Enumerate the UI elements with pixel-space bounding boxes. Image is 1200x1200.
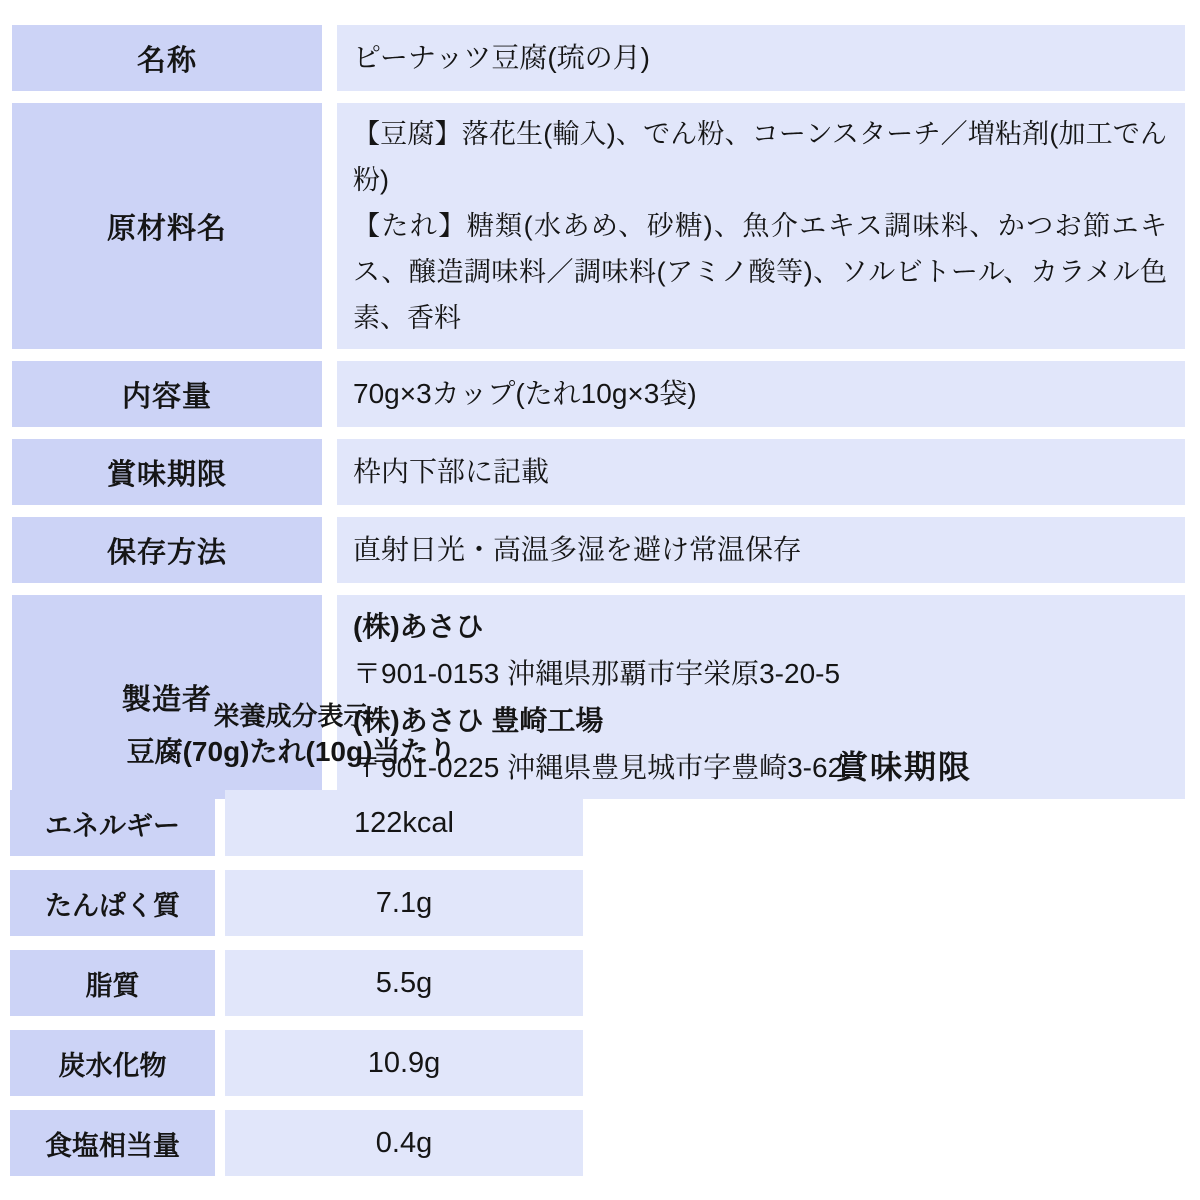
spec-label-storage: 保存方法: [12, 517, 322, 583]
spec-row-name: 名称 ピーナッツ豆腐(琉の月): [12, 25, 1185, 91]
manufacturer-address-1: 〒901-0153 沖縄県那覇市宇栄原3-20-5: [353, 650, 1167, 697]
spec-value-storage: 直射日光・高温多湿を避け常温保存: [337, 517, 1185, 583]
spec-label-best-before: 賞味期限: [12, 439, 322, 505]
spec-label-ingredients: 原材料名: [12, 103, 322, 349]
spec-row-best-before: 賞味期限 枠内下部に記載: [12, 439, 1185, 505]
nutrition-row-salt: 食塩相当量 0.4g: [10, 1110, 583, 1176]
nutrition-value-protein: 7.1g: [225, 870, 583, 936]
spec-row-storage: 保存方法 直射日光・高温多湿を避け常温保存: [12, 517, 1185, 583]
spec-label-name: 名称: [12, 25, 322, 91]
nutrition-label-protein: たんぱく質: [10, 870, 215, 936]
contents-text: 70g×3カップ(たれ10g×3袋): [353, 372, 1167, 415]
nutrition-label-energy: エネルギー: [10, 790, 215, 856]
spec-value-ingredients: 【豆腐】落花生(輸入)、でん粉、コーンスターチ／増粘剤(加工でん粉) 【たれ】糖…: [337, 103, 1185, 349]
nutrition-value-salt: 0.4g: [225, 1110, 583, 1176]
best-before-text: 枠内下部に記載: [353, 450, 1167, 493]
nutrition-row-carbohydrate: 炭水化物 10.9g: [10, 1030, 583, 1096]
ingredients-sauce-text: 【たれ】糖類(水あめ、砂糖)、魚介エキス調味料、かつお節エキス、醸造調味料／調味…: [353, 203, 1167, 341]
nutrition-label-carbohydrate: 炭水化物: [10, 1030, 215, 1096]
expiry-heading: 賞味期限: [836, 742, 972, 788]
nutrition-row-protein: たんぱく質 7.1g: [10, 870, 583, 936]
nutrition-header: 栄養成分表示 豆腐(70g)たれ(10g)当たり: [0, 700, 583, 769]
spec-value-name: ピーナッツ豆腐(琉の月): [337, 25, 1185, 91]
spec-value-contents: 70g×3カップ(たれ10g×3袋): [337, 361, 1185, 427]
nutrition-title: 栄養成分表示: [0, 700, 583, 732]
spec-label-contents: 内容量: [12, 361, 322, 427]
manufacturer-company-1: (株)あさひ: [353, 603, 1167, 650]
spec-value-best-before: 枠内下部に記載: [337, 439, 1185, 505]
product-label-page: 名称 ピーナッツ豆腐(琉の月) 原材料名 【豆腐】落花生(輸入)、でん粉、コーン…: [0, 0, 1200, 1200]
nutrition-label-fat: 脂質: [10, 950, 215, 1016]
nutrition-row-fat: 脂質 5.5g: [10, 950, 583, 1016]
nutrition-value-energy: 122kcal: [225, 790, 583, 856]
storage-text: 直射日光・高温多湿を避け常温保存: [353, 528, 1167, 571]
nutrition-table: エネルギー 122kcal たんぱく質 7.1g 脂質 5.5g 炭水化物 10…: [10, 790, 583, 1190]
ingredients-tofu-text: 【豆腐】落花生(輸入)、でん粉、コーンスターチ／増粘剤(加工でん粉): [353, 111, 1167, 203]
spec-row-ingredients: 原材料名 【豆腐】落花生(輸入)、でん粉、コーンスターチ／増粘剤(加工でん粉) …: [12, 103, 1185, 349]
nutrition-subtitle: 豆腐(70g)たれ(10g)当たり: [0, 735, 583, 769]
nutrition-value-carbohydrate: 10.9g: [225, 1030, 583, 1096]
spec-row-contents: 内容量 70g×3カップ(たれ10g×3袋): [12, 361, 1185, 427]
spec-table: 名称 ピーナッツ豆腐(琉の月) 原材料名 【豆腐】落花生(輸入)、でん粉、コーン…: [12, 25, 1185, 811]
product-name-text: ピーナッツ豆腐(琉の月): [353, 36, 1167, 79]
nutrition-value-fat: 5.5g: [225, 950, 583, 1016]
nutrition-label-salt: 食塩相当量: [10, 1110, 215, 1176]
nutrition-row-energy: エネルギー 122kcal: [10, 790, 583, 856]
